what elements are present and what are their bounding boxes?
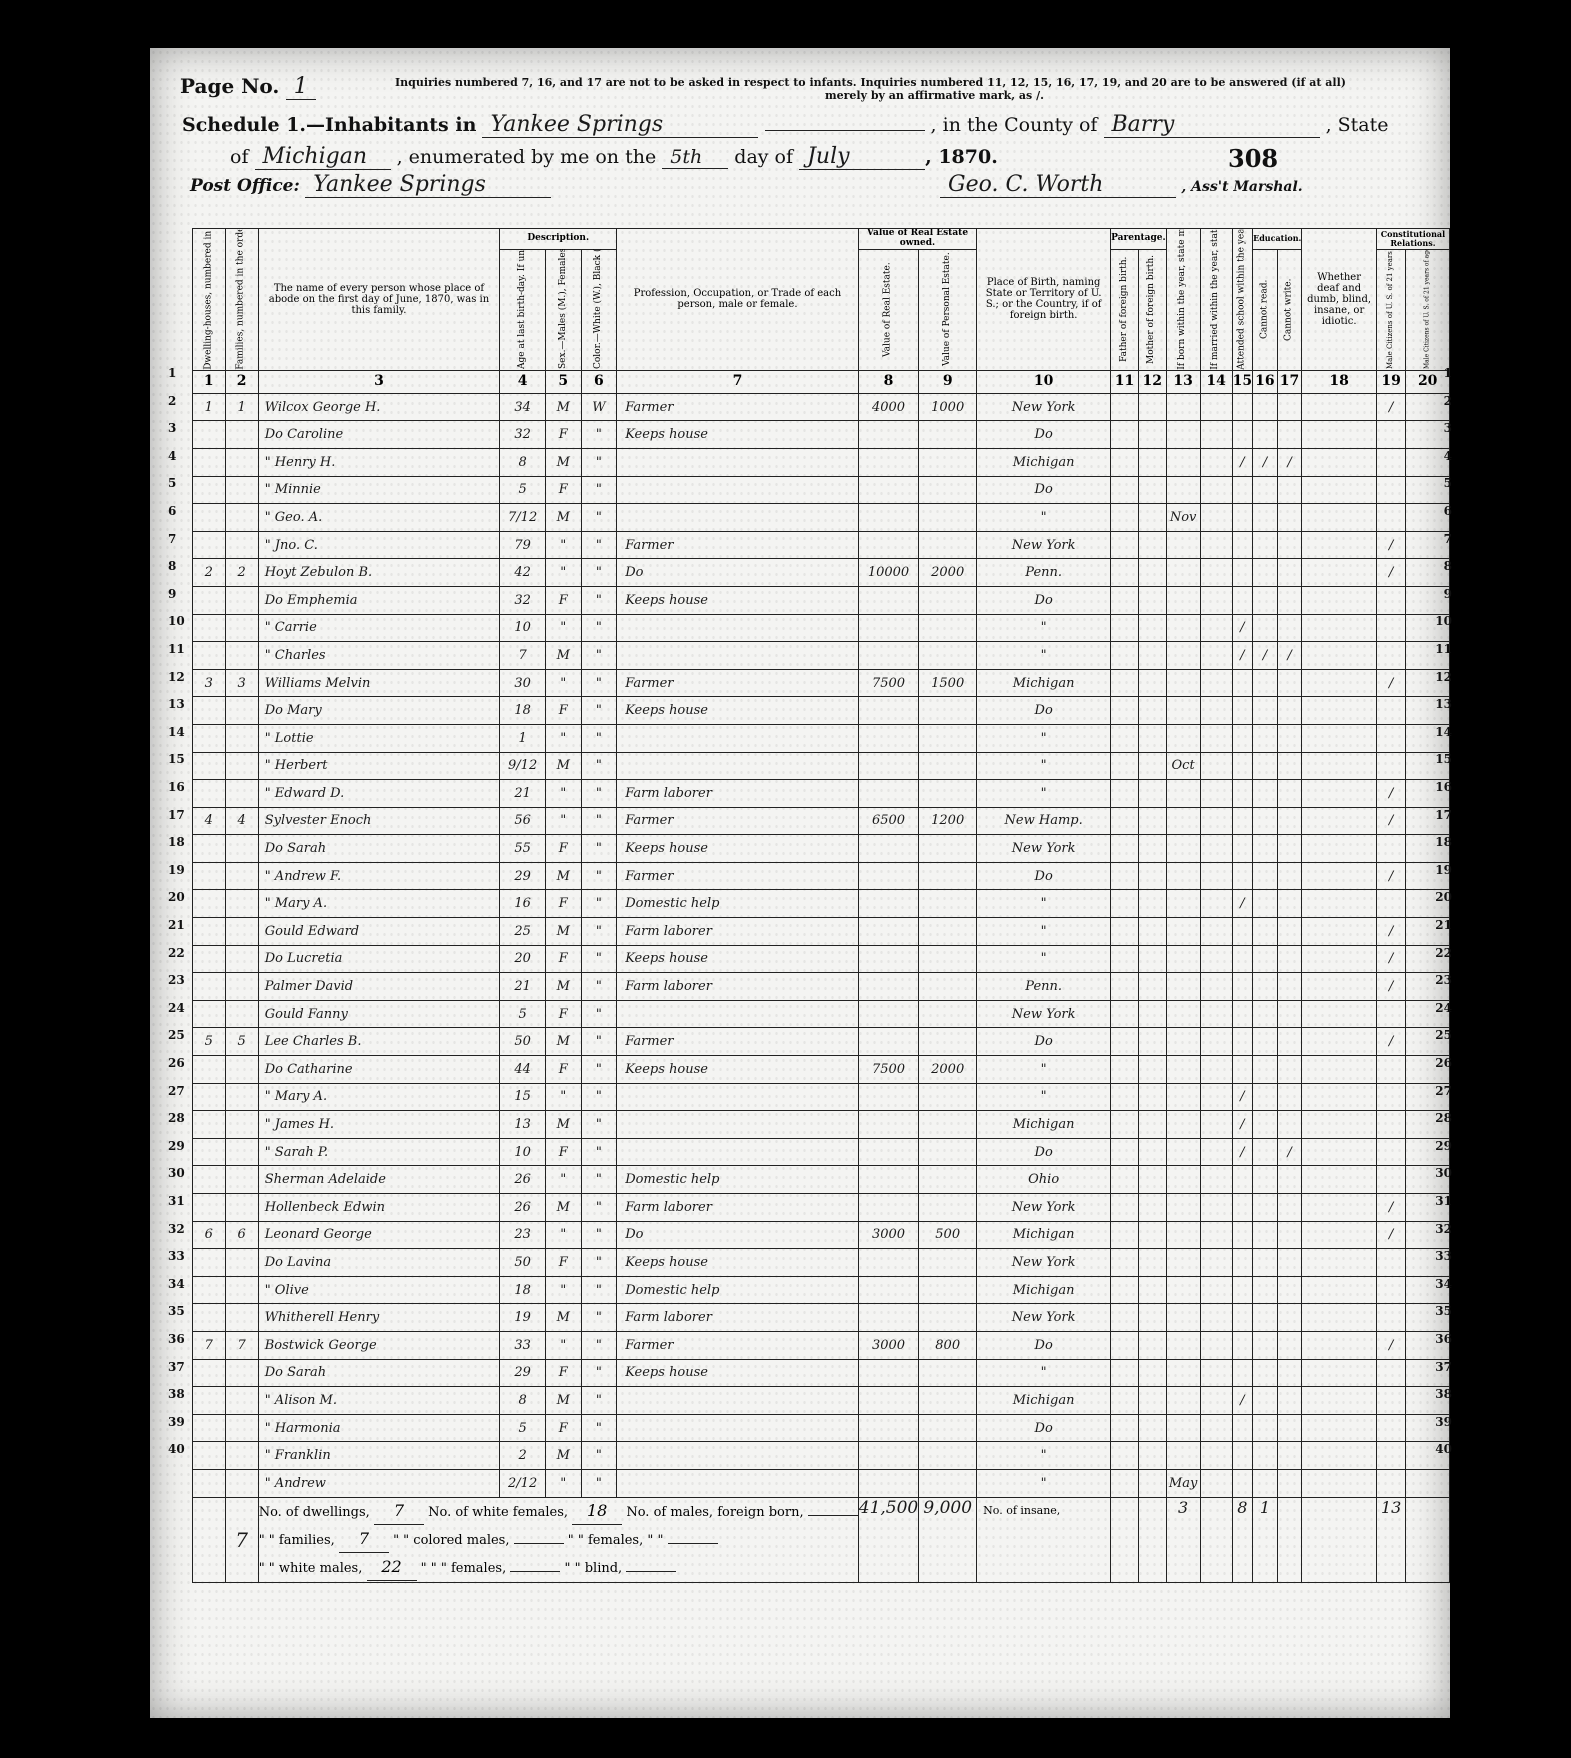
occupation	[617, 476, 859, 504]
schedule-label: Schedule 1.—Inhabitants in	[182, 114, 476, 136]
line-number-left: 29	[168, 1139, 185, 1153]
occupation	[617, 504, 859, 532]
color: "	[581, 752, 617, 780]
attended-school	[1232, 973, 1252, 1001]
color: "	[581, 1331, 617, 1359]
cannot-read	[1253, 1304, 1278, 1332]
married-within-year	[1200, 1028, 1232, 1056]
family-number: 6	[225, 1221, 258, 1249]
totals-summary: No. of dwellings, 7 No. of white females…	[258, 1497, 858, 1582]
deaf-blind-insane	[1302, 1166, 1377, 1194]
family-number: 2	[225, 559, 258, 587]
cannot-read	[1253, 1083, 1278, 1111]
col-14-header: If married within the year, state month …	[1200, 229, 1232, 371]
father-foreign	[1111, 1442, 1139, 1470]
born-within-year	[1166, 642, 1200, 670]
table-row: " Lottie1"""	[193, 724, 1450, 752]
dwelling-number	[193, 1276, 226, 1304]
sex: "	[546, 1331, 582, 1359]
married-within-year	[1200, 752, 1232, 780]
birthplace: Do	[977, 586, 1111, 614]
married-within-year	[1200, 1083, 1232, 1111]
col-7-header: Profession, Occupation, or Trade of each…	[617, 229, 859, 371]
father-foreign	[1111, 1304, 1139, 1332]
person-name: Hollenbeck Edwin	[258, 1194, 500, 1222]
deaf-blind-insane	[1302, 642, 1377, 670]
attended-school	[1232, 780, 1252, 808]
married-within-year	[1200, 614, 1232, 642]
personal-estate-value	[919, 1083, 977, 1111]
married-within-year	[1200, 1442, 1232, 1470]
color: "	[581, 1387, 617, 1415]
line-number-left: 22	[168, 946, 185, 960]
deaf-blind-insane	[1302, 1000, 1377, 1028]
cannot-read	[1253, 421, 1278, 449]
line-number-right: 10	[1435, 614, 1452, 628]
col-8-header: Value of Real Estate.	[858, 249, 918, 370]
color: "	[581, 973, 617, 1001]
born-within-year	[1166, 559, 1200, 587]
column-number: 15	[1232, 370, 1252, 393]
deaf-blind-insane	[1302, 1083, 1377, 1111]
age: 42	[500, 559, 546, 587]
township: Yankee Springs	[482, 112, 758, 138]
age: 29	[500, 1359, 546, 1387]
person-name: Do Emphemia	[258, 586, 500, 614]
dwelling-number	[193, 973, 226, 1001]
colored-females-count	[510, 1571, 560, 1572]
married-within-year	[1200, 1331, 1232, 1359]
occupation: Farmer	[617, 862, 859, 890]
cannot-write	[1277, 1304, 1302, 1332]
cannot-write	[1277, 614, 1302, 642]
line-number-right: 27	[1435, 1084, 1452, 1098]
age: 1	[500, 724, 546, 752]
father-foreign	[1111, 669, 1139, 697]
real-estate-value	[858, 1414, 918, 1442]
male-citizen-21	[1376, 1083, 1405, 1111]
line-number-right: 31	[1435, 1194, 1452, 1208]
table-row: " Olive18""Domestic helpMichigan	[193, 1276, 1450, 1304]
table-row: 11Wilcox George H.34MWFarmer40001000New …	[193, 393, 1450, 421]
column-number: 12	[1138, 370, 1166, 393]
mother-foreign	[1138, 1469, 1166, 1497]
born-within-year	[1166, 586, 1200, 614]
cannot-read	[1253, 1249, 1278, 1277]
mother-foreign	[1138, 1083, 1166, 1111]
male-citizen-21	[1376, 1111, 1405, 1139]
attended-school	[1232, 1331, 1252, 1359]
personal-estate-value	[919, 835, 977, 863]
cannot-read	[1253, 1469, 1278, 1497]
cannot-read: /	[1253, 642, 1278, 670]
sex: "	[546, 531, 582, 559]
line-number-left: 18	[168, 835, 185, 849]
table-row: Whitherell Henry19M"Farm laborerNew York	[193, 1304, 1450, 1332]
attended-school	[1232, 669, 1252, 697]
occupation	[617, 1138, 859, 1166]
attended-school: /	[1232, 1138, 1252, 1166]
sex: F	[546, 476, 582, 504]
family-number	[225, 945, 258, 973]
dwelling-number	[193, 1359, 226, 1387]
real-estate-value	[858, 697, 918, 725]
attended-school	[1232, 1359, 1252, 1387]
of-label: of	[230, 146, 248, 168]
table-row: Sherman Adelaide26""Domestic helpOhio	[193, 1166, 1450, 1194]
personal-estate-value	[919, 1276, 977, 1304]
father-foreign	[1111, 614, 1139, 642]
attended-school	[1232, 476, 1252, 504]
father-foreign	[1111, 835, 1139, 863]
real-estate-value	[858, 1138, 918, 1166]
attended-school	[1232, 1304, 1252, 1332]
born-within-year	[1166, 1442, 1200, 1470]
born-within-year	[1166, 393, 1200, 421]
born-within-year	[1166, 1249, 1200, 1277]
occupation: Keeps house	[617, 835, 859, 863]
line-number-left: 13	[168, 697, 185, 711]
attended-school	[1232, 1166, 1252, 1194]
dwelling-number	[193, 642, 226, 670]
col-20-header: Male Citizens of U. S. of 21 years of ag…	[1406, 249, 1450, 370]
family-number	[225, 752, 258, 780]
line-number-right: 18	[1435, 835, 1452, 849]
birthplace: "	[977, 1083, 1111, 1111]
mother-foreign	[1138, 586, 1166, 614]
occupation: Farmer	[617, 1028, 859, 1056]
dwelling-number	[193, 1442, 226, 1470]
cannot-write	[1277, 1469, 1302, 1497]
father-foreign	[1111, 1083, 1139, 1111]
occupation: Keeps house	[617, 945, 859, 973]
age: 79	[500, 531, 546, 559]
real-estate-value	[858, 780, 918, 808]
line-number-right: 26	[1435, 1056, 1452, 1070]
deaf-blind-insane	[1302, 945, 1377, 973]
attended-school	[1232, 1028, 1252, 1056]
line-number-right: 20	[1435, 890, 1452, 904]
married-within-year	[1200, 1221, 1232, 1249]
state-label: , State	[1326, 114, 1389, 136]
attended-school: /	[1232, 448, 1252, 476]
cannot-read	[1253, 1056, 1278, 1084]
color: "	[581, 642, 617, 670]
cannot-read	[1253, 697, 1278, 725]
column-number: 8	[858, 370, 918, 393]
family-number	[225, 531, 258, 559]
cannot-read	[1253, 752, 1278, 780]
line-number-left: 17	[168, 808, 185, 822]
mother-foreign	[1138, 1276, 1166, 1304]
personal-estate-value: 500	[919, 1221, 977, 1249]
color: "	[581, 421, 617, 449]
deaf-blind-insane	[1302, 1387, 1377, 1415]
married-within-year	[1200, 1414, 1232, 1442]
occupation	[617, 1000, 859, 1028]
census-rows: 11Wilcox George H.34MWFarmer40001000New …	[193, 393, 1450, 1497]
occupation: Do	[617, 1221, 859, 1249]
col-13-header: If born within the year, state month (Ja…	[1166, 229, 1200, 371]
age: 7/12	[500, 504, 546, 532]
color: "	[581, 614, 617, 642]
mother-foreign	[1138, 1359, 1166, 1387]
born-within-year	[1166, 890, 1200, 918]
born-within-year-total: 3	[1166, 1497, 1200, 1582]
mother-foreign	[1138, 1028, 1166, 1056]
sex: "	[546, 1469, 582, 1497]
cannot-write	[1277, 1276, 1302, 1304]
family-number	[225, 1387, 258, 1415]
family-number	[225, 586, 258, 614]
line-number-right: 23	[1435, 973, 1452, 987]
column-number: 1	[193, 370, 226, 393]
cannot-read	[1253, 1138, 1278, 1166]
attended-school: /	[1232, 890, 1252, 918]
sex: F	[546, 586, 582, 614]
male-citizen-21	[1376, 752, 1405, 780]
personal-estate-value: 2000	[919, 559, 977, 587]
color: "	[581, 476, 617, 504]
column-numbers-row: 1 2 3 4 5 6 7 8 9 10 11 12 13 14 15 16 1…	[193, 370, 1450, 393]
birthplace: "	[977, 945, 1111, 973]
cannot-write	[1277, 1056, 1302, 1084]
line-number-left: 37	[168, 1360, 185, 1374]
cannot-write	[1277, 421, 1302, 449]
father-foreign	[1111, 421, 1139, 449]
married-within-year	[1200, 393, 1232, 421]
personal-estate-value	[919, 614, 977, 642]
mother-foreign	[1138, 945, 1166, 973]
line-number-right: 3	[1444, 421, 1452, 435]
cannot-write	[1277, 918, 1302, 946]
line-number-left: 3	[168, 421, 176, 435]
color: "	[581, 1276, 617, 1304]
school-total: 8	[1232, 1497, 1252, 1582]
occupation	[617, 1083, 859, 1111]
cannot-read	[1253, 1166, 1278, 1194]
real-estate-value	[858, 1028, 918, 1056]
real-estate-value	[858, 504, 918, 532]
mother-foreign	[1138, 531, 1166, 559]
personal-estate-value: 1500	[919, 669, 977, 697]
age: 32	[500, 421, 546, 449]
col-1-header: Dwelling-houses, numbered in the order o…	[193, 229, 226, 371]
dwelling-number: 5	[193, 1028, 226, 1056]
table-row: Do Emphemia32F"Keeps houseDo	[193, 586, 1450, 614]
married-within-year	[1200, 1166, 1232, 1194]
line-number-right: 8	[1444, 559, 1452, 573]
dwelling-number	[193, 945, 226, 973]
occupation	[617, 448, 859, 476]
table-row: Hollenbeck Edwin26M"Farm laborerNew York…	[193, 1194, 1450, 1222]
person-name: Palmer David	[258, 973, 500, 1001]
mother-foreign	[1138, 807, 1166, 835]
cannot-read	[1253, 1194, 1278, 1222]
sex: F	[546, 1414, 582, 1442]
cannot-write	[1277, 697, 1302, 725]
real-estate-value: 3000	[858, 1221, 918, 1249]
deaf-blind-insane	[1302, 862, 1377, 890]
table-row: " Edward D.21""Farm laborer"/	[193, 780, 1450, 808]
male-citizen-21	[1376, 504, 1405, 532]
line-number-left: 14	[168, 725, 185, 739]
cannot-read	[1253, 1000, 1278, 1028]
birthplace: Michigan	[977, 1387, 1111, 1415]
birthplace: "	[977, 1442, 1111, 1470]
male-citizen-21	[1376, 1414, 1405, 1442]
column-number: 4	[500, 370, 546, 393]
state: Michigan	[255, 144, 391, 170]
cannot-read	[1253, 945, 1278, 973]
cannot-read	[1253, 835, 1278, 863]
cannot-write	[1277, 862, 1302, 890]
table-row: Do Mary18F"Keeps houseDo	[193, 697, 1450, 725]
father-foreign	[1111, 1000, 1139, 1028]
cannot-write	[1277, 1028, 1302, 1056]
family-number	[225, 973, 258, 1001]
born-within-year	[1166, 1056, 1200, 1084]
mother-foreign	[1138, 1249, 1166, 1277]
occupation: Keeps house	[617, 1249, 859, 1277]
dwelling-number: 3	[193, 669, 226, 697]
family-number	[225, 421, 258, 449]
attended-school	[1232, 1276, 1252, 1304]
married-within-year	[1200, 669, 1232, 697]
sex: "	[546, 724, 582, 752]
male-citizen-21: /	[1376, 1194, 1405, 1222]
personal-estate-value: 1200	[919, 807, 977, 835]
age: 56	[500, 807, 546, 835]
cannot-write	[1277, 807, 1302, 835]
cannot-write: /	[1277, 642, 1302, 670]
color: "	[581, 1304, 617, 1332]
attended-school: /	[1232, 614, 1252, 642]
post-office-line: Post Office: Yankee Springs	[190, 172, 551, 198]
attended-school	[1232, 1194, 1252, 1222]
color: "	[581, 504, 617, 532]
age: 50	[500, 1028, 546, 1056]
real-estate-value	[858, 642, 918, 670]
real-estate-value	[858, 1304, 918, 1332]
family-number	[225, 1359, 258, 1387]
birthplace: New York	[977, 1304, 1111, 1332]
male-citizen-21	[1376, 890, 1405, 918]
father-foreign	[1111, 559, 1139, 587]
deaf-blind-insane	[1302, 559, 1377, 587]
cannot-write	[1277, 1221, 1302, 1249]
line-number-right: 17	[1435, 808, 1452, 822]
color: "	[581, 724, 617, 752]
personal-estate-value	[919, 724, 977, 752]
male-citizen-21	[1376, 1469, 1405, 1497]
personal-estate-value	[919, 1000, 977, 1028]
person-name: " Andrew F.	[258, 862, 500, 890]
birthplace: Penn.	[977, 973, 1111, 1001]
line-number-left: 26	[168, 1056, 185, 1070]
person-name: Do Catharine	[258, 1056, 500, 1084]
line-number-left: 25	[168, 1028, 185, 1042]
age: 23	[500, 1221, 546, 1249]
male-citizen-21	[1376, 586, 1405, 614]
personal-estate-value	[919, 1442, 977, 1470]
real-estate-value: 4000	[858, 393, 918, 421]
occupation: Farm laborer	[617, 1194, 859, 1222]
cannot-read	[1253, 1359, 1278, 1387]
mother-foreign	[1138, 1331, 1166, 1359]
dwelling-number: 7	[193, 1331, 226, 1359]
married-within-year	[1200, 724, 1232, 752]
attended-school	[1232, 945, 1252, 973]
age: 20	[500, 945, 546, 973]
born-within-year	[1166, 1083, 1200, 1111]
line-number-left: 39	[168, 1415, 185, 1429]
married-within-year	[1200, 918, 1232, 946]
line-number-left: 24	[168, 1001, 185, 1015]
attended-school	[1232, 1249, 1252, 1277]
father-foreign	[1111, 918, 1139, 946]
color: "	[581, 1028, 617, 1056]
year: , 1870.	[925, 146, 998, 168]
occupation: Farmer	[617, 393, 859, 421]
sex: "	[546, 807, 582, 835]
sex: M	[546, 504, 582, 532]
color: W	[581, 393, 617, 421]
male-citizen-21	[1376, 1387, 1405, 1415]
age: 7	[500, 642, 546, 670]
mother-foreign	[1138, 1000, 1166, 1028]
line-number-left: 38	[168, 1387, 185, 1401]
married-within-year	[1200, 890, 1232, 918]
born-within-year: Nov	[1166, 504, 1200, 532]
deaf-blind-insane	[1302, 973, 1377, 1001]
line-number-left: 7	[168, 532, 176, 546]
deaf-blind-insane	[1302, 780, 1377, 808]
cannot-write	[1277, 1166, 1302, 1194]
attended-school	[1232, 1221, 1252, 1249]
cannot-write	[1277, 1442, 1302, 1470]
occupation	[617, 642, 859, 670]
deaf-blind-insane	[1302, 1221, 1377, 1249]
born-within-year	[1166, 973, 1200, 1001]
families-total-col2: 7	[225, 1497, 258, 1582]
color: "	[581, 1249, 617, 1277]
family-number	[225, 448, 258, 476]
birthplace: Michigan	[977, 669, 1111, 697]
line-number-left: 5	[168, 476, 176, 490]
born-within-year	[1166, 1000, 1200, 1028]
person-name: Do Caroline	[258, 421, 500, 449]
deaf-blind-insane	[1302, 724, 1377, 752]
birthplace: New York	[977, 531, 1111, 559]
occupation: Keeps house	[617, 697, 859, 725]
education-group-header: Education.	[1253, 229, 1302, 250]
father-foreign	[1111, 1138, 1139, 1166]
dwelling-number	[193, 614, 226, 642]
deaf-blind-insane	[1302, 1304, 1377, 1332]
table-row: 22Hoyt Zebulon B.42""Do100002000Penn./	[193, 559, 1450, 587]
birthplace: New York	[977, 835, 1111, 863]
male-citizen-21	[1376, 1359, 1405, 1387]
real-estate-value	[858, 890, 918, 918]
occupation	[617, 1111, 859, 1139]
birthplace: New York	[977, 1194, 1111, 1222]
dwelling-number	[193, 448, 226, 476]
male-citizen-21: /	[1376, 669, 1405, 697]
occupation: Do	[617, 559, 859, 587]
family-number	[225, 1194, 258, 1222]
description-group-header: Description.	[500, 229, 617, 250]
